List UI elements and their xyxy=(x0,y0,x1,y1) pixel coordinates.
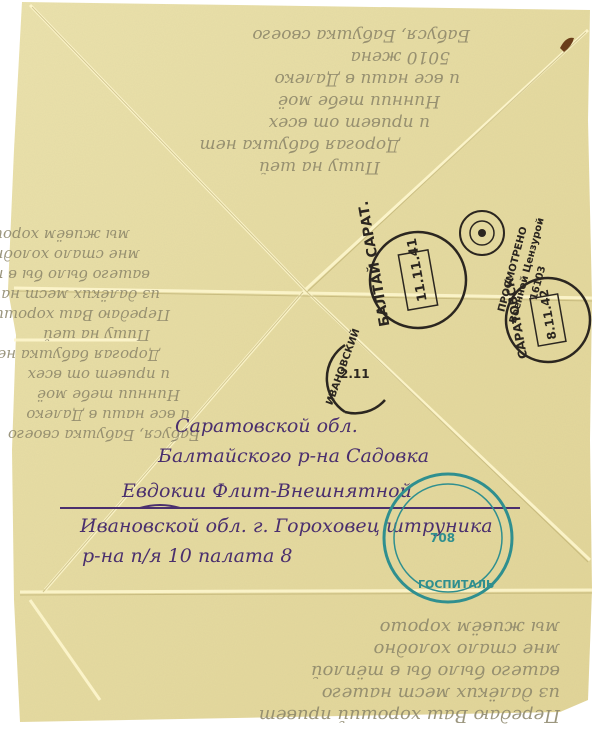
svg-text:мне стало холодно: мне стало холодно xyxy=(0,246,140,264)
svg-text:Ниннии тебе моё: Ниннии тебе моё xyxy=(278,91,441,111)
svg-text:Дорогая бабушка нет: Дорогая бабушка нет xyxy=(200,135,401,155)
svg-text:из далёких мест нашего: из далёких мест нашего xyxy=(0,286,160,304)
svg-text:Бабуся, Бабушка своего: Бабуся, Бабушка своего xyxy=(8,426,201,444)
svg-text:и привет от всех: и привет от всех xyxy=(27,366,170,384)
svg-text:и все наши в Далеко: и все наши в Далеко xyxy=(26,406,190,424)
svg-text:Дорогая бабушка нет: Дорогая бабушка нет xyxy=(0,346,161,364)
svg-text:5010 жена: 5010 жена xyxy=(351,47,450,67)
address-line-1: Саратовской обл. xyxy=(175,415,358,437)
address-line-5: р-на п/я 10 палата 8 xyxy=(82,545,292,567)
svg-text:мы живём хорошо: мы живём хорошо xyxy=(0,226,130,244)
svg-text:и все наши в Далеко: и все наши в Далеко xyxy=(274,69,460,89)
svg-text:ГОСПИТАЛЬ: ГОСПИТАЛЬ xyxy=(418,578,494,591)
svg-text:Передаю Ваш хороший привет: Передаю Ваш хороший привет xyxy=(259,705,561,726)
svg-text:Ниннии тебе моё: Ниннии тебе моё xyxy=(37,386,181,404)
letter-scan: Бабуся, Бабушка своего 5010 жена и все н… xyxy=(0,0,600,731)
address-line-2: Балтайского р-на Садовка xyxy=(157,445,429,467)
svg-text:Пишу на шей: Пишу на шей xyxy=(259,157,381,177)
svg-text:Бабуся, Бабушка своего: Бабуся, Бабушка своего xyxy=(252,25,471,45)
address-line-3: Евдокии Флит-Внешнятной xyxy=(121,480,412,502)
svg-text:мы живём хорошо: мы живём хорошо xyxy=(379,617,560,638)
svg-text:вашего было бы в тёплой: вашего было бы в тёплой xyxy=(311,661,560,682)
svg-text:вашего было бы в тёплой: вашего было бы в тёплой xyxy=(0,266,150,284)
svg-text:мне стало холодно: мне стало холодно xyxy=(373,639,560,660)
svg-text:708: 708 xyxy=(430,531,455,545)
svg-text:Пишу на шей: Пишу на шей xyxy=(43,326,151,344)
svg-text:из далёких мест нашего: из далёких мест нашего xyxy=(322,683,560,704)
svg-text:Передаю Ваш хороший привет: Передаю Ваш хороший привет xyxy=(0,306,171,324)
svg-text:и привет от всех: и привет от всех xyxy=(268,113,430,133)
